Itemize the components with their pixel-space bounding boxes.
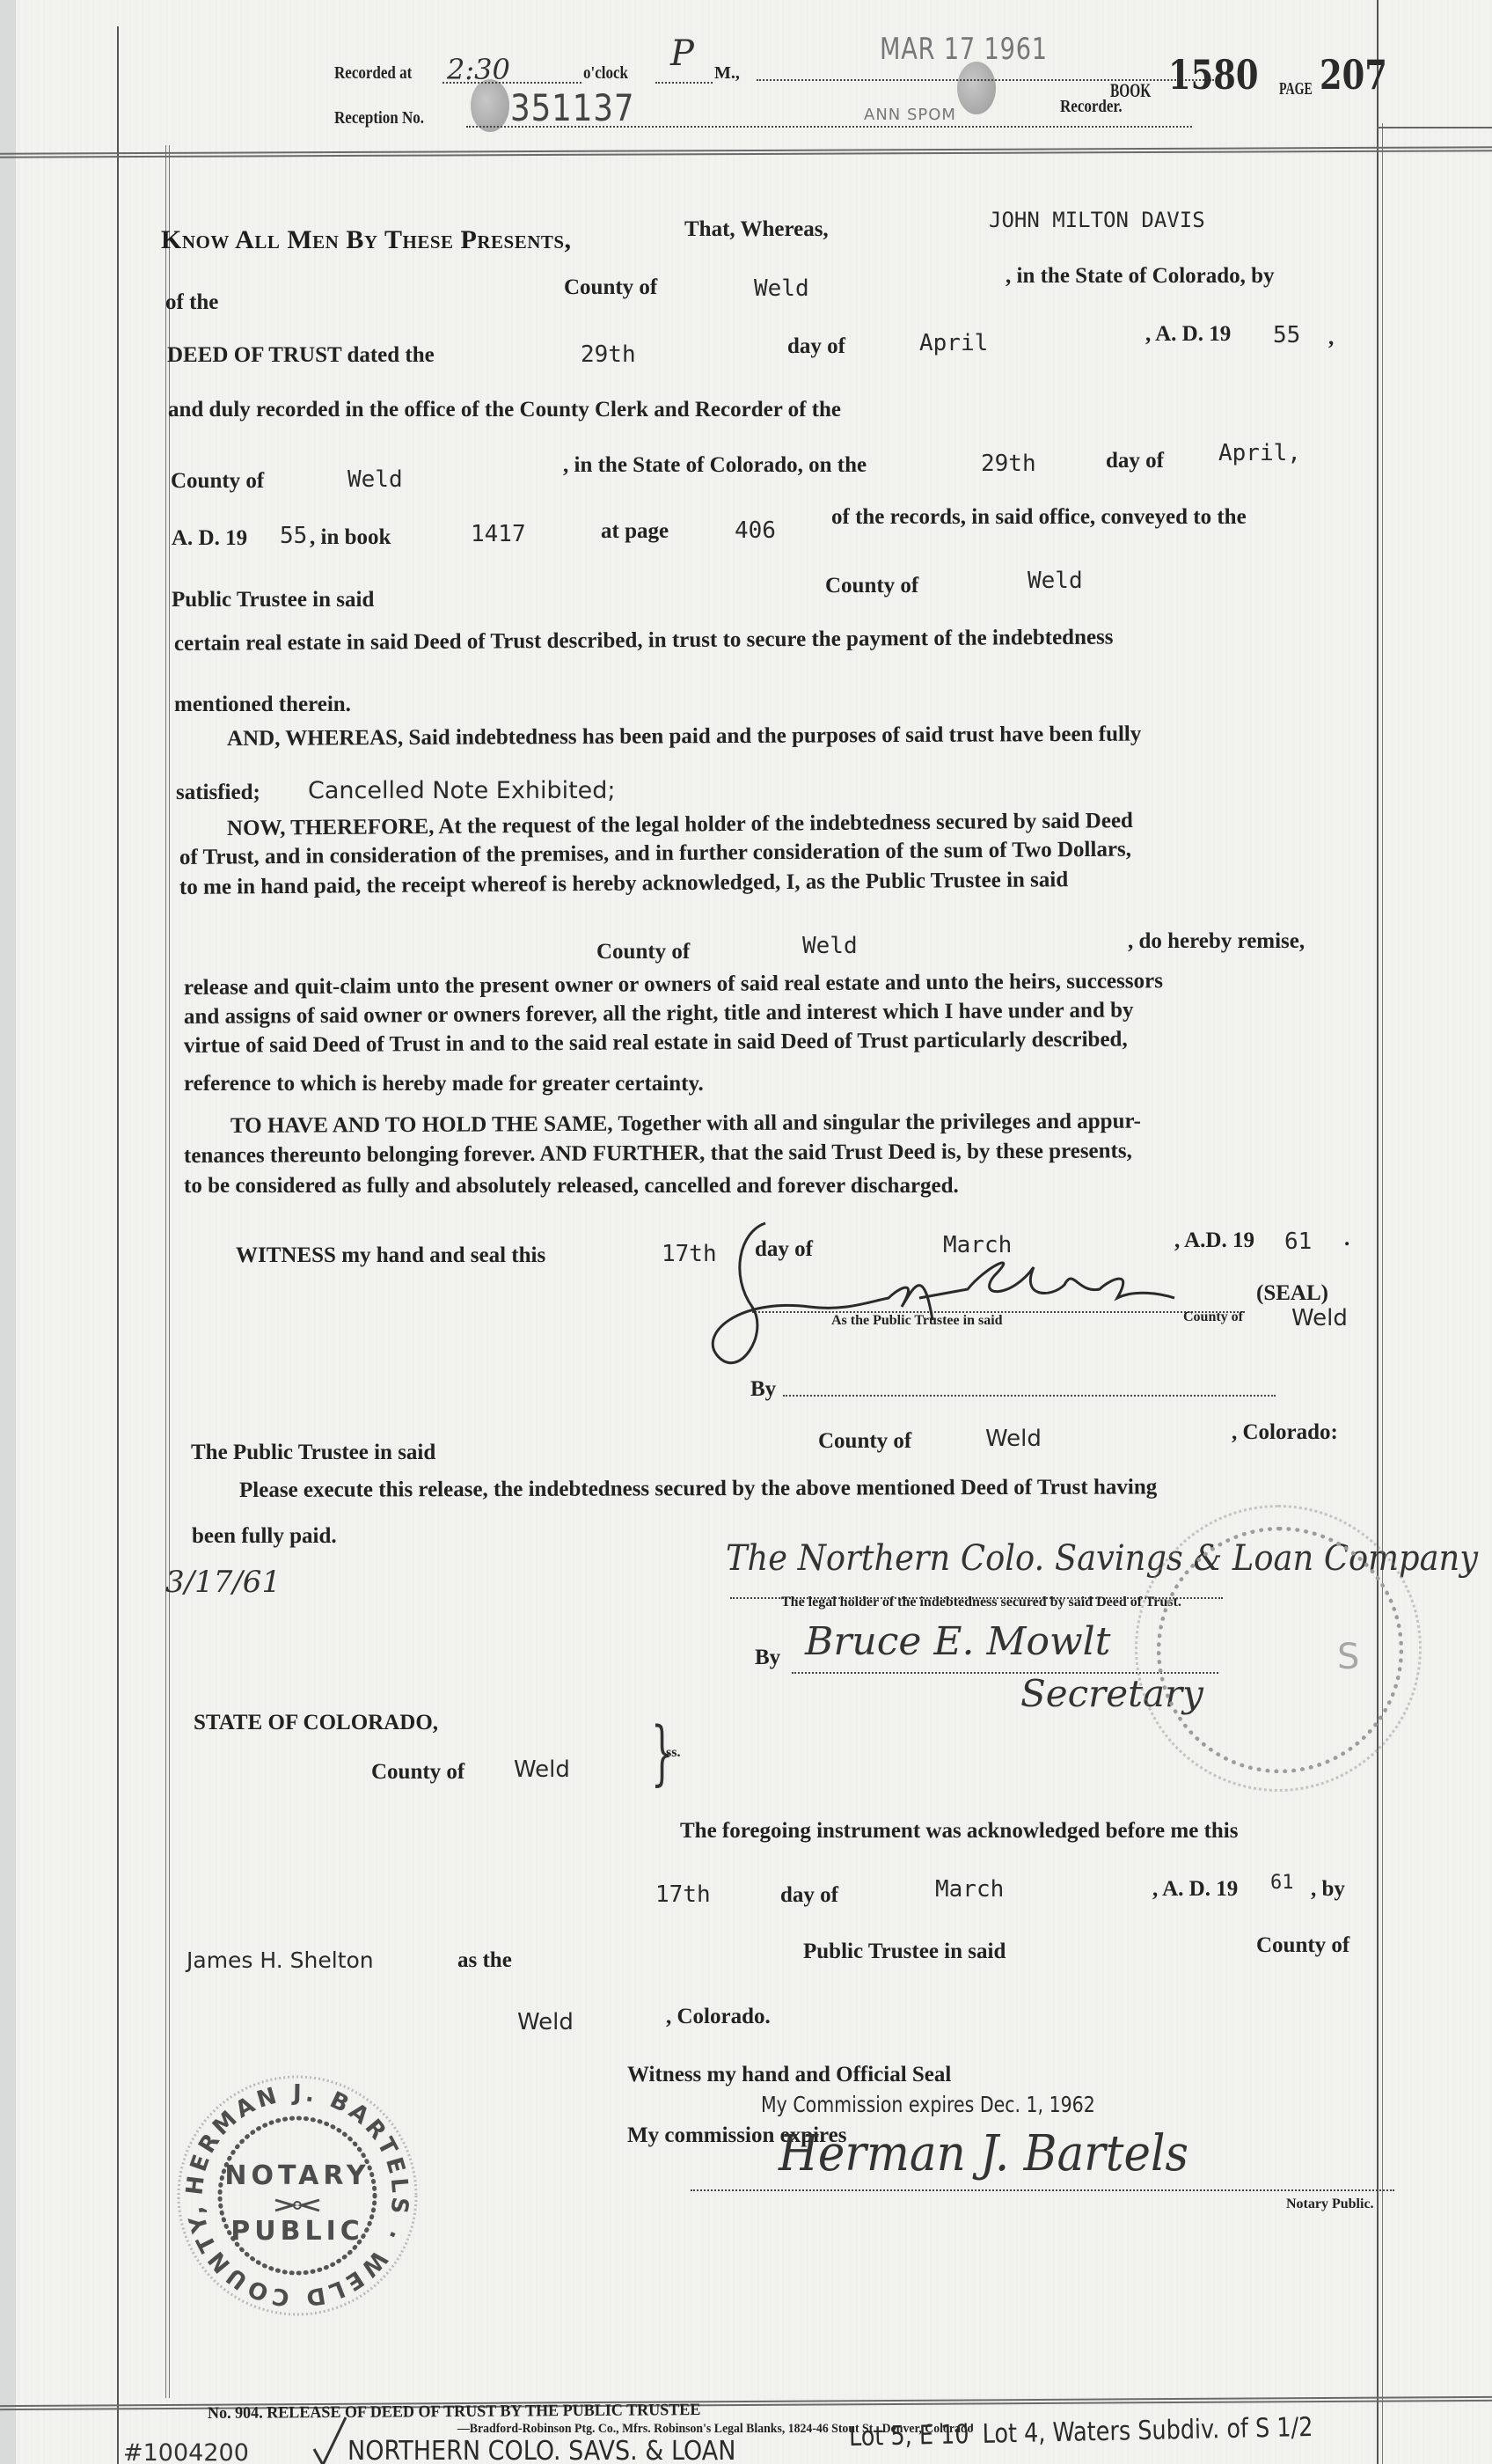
m-label: M., [714, 63, 740, 84]
reception-number: 351137 [510, 86, 634, 129]
seal-label: (SEAL) [1256, 1281, 1328, 1306]
notary-seal-inner-bottom: PUBLIC [230, 2216, 364, 2247]
ack-county-2: Weld [517, 2009, 574, 2035]
meridiem-blank [655, 82, 713, 84]
habendum-line-1: TO HAVE AND TO HOLD THE SAME, Together w… [230, 1110, 1141, 1139]
deed-dated-label: DEED OF TRUST dated the [167, 343, 435, 368]
state-by: , in the State of Colorado, by [1006, 264, 1275, 289]
book-label: BOOK [1110, 79, 1151, 102]
request-county: Weld [985, 1426, 1042, 1452]
witness-by-label: By [750, 1377, 776, 1402]
request-by-label: By [755, 1646, 780, 1670]
ack-county: Weld [514, 1756, 570, 1783]
notary-signature-line [691, 2189, 1394, 2191]
page-ref: 406 [735, 517, 776, 544]
remise: , do hereby remise, [1128, 929, 1305, 954]
index-legal-description: Lot 5, E 10' Lot 4, Waters Subdiv. of S … [849, 2412, 1313, 2453]
mentioned-therein: mentioned therein. [174, 693, 351, 717]
state-label: STATE OF COLORADO, [194, 1711, 438, 1735]
ack-ad-label: , A. D. 19 [1152, 1877, 1238, 1902]
witness-official-seal: Witness my hand and Official Seal [627, 2063, 951, 2087]
as-the-label: as the [457, 1948, 512, 1973]
recorder-name-stamp: ANN SPOM [864, 106, 956, 124]
foregoing-text: The foregoing instrument was acknowledge… [680, 1819, 1238, 1844]
witness-county-of-label: County of [1183, 1309, 1243, 1325]
therefore-line-2: of Trust, and in consideration of the pr… [179, 838, 1131, 870]
that-whereas: That, Whereas, [684, 217, 829, 242]
recorded-time: 2:30 [447, 53, 510, 86]
therefore-line-1: NOW, THEREFORE, At the request of the le… [227, 809, 1133, 841]
notary-seal-inner-top: NOTARY [224, 2160, 369, 2191]
witness-label: WITNESS my hand and seal this [236, 1243, 545, 1268]
witness-year: 61 [1284, 1228, 1312, 1255]
right-border-line-inner [1382, 123, 1383, 2464]
request-colorado: , Colorado: [1232, 1420, 1338, 1445]
ack-day: 17th [655, 1881, 711, 1908]
commission-stamp: My Commission expires Dec. 1, 1962 [761, 2092, 1095, 2117]
book-number: 1580 [1168, 51, 1258, 99]
county-of-label-2: County of [171, 469, 264, 494]
holder-caption: The legal holder of the indebtedness sec… [781, 1595, 1181, 1610]
whereas-text: AND, WHEREAS, Said indebtedness has been… [227, 722, 1141, 752]
officer-signature: Bruce E. Mowlt [805, 1619, 1110, 1664]
witness-county: Weld [1291, 1305, 1348, 1331]
margin-date: 3/17/61 [165, 1565, 281, 1600]
deed-year: 55 [1273, 322, 1300, 348]
page-label: PAGE [1279, 79, 1313, 99]
certain-real-estate: certain real estate in said Deed of Trus… [174, 626, 1114, 656]
recorded-office-text: and duly recorded in the office of the C… [168, 398, 841, 422]
grantor-name: JOHN MILTON DAVIS [989, 208, 1205, 232]
trustee-county: Weld [1028, 568, 1083, 594]
reception-label: Reception No. [334, 108, 424, 128]
request-text-line-2: been fully paid. [192, 1524, 337, 1549]
trailing-comma: , [1328, 326, 1334, 350]
checkmark-icon [312, 2416, 347, 2464]
acknowledger-name: James H. Shelton [186, 1947, 374, 1973]
public-trustee-label: Public Trustee in said [172, 588, 374, 612]
ack-public-trustee-label: Public Trustee in said [803, 1940, 1006, 1964]
deed-day: 29th [581, 341, 636, 368]
day-of-label-2: day of [1106, 449, 1164, 473]
left-border-line-inner [165, 145, 166, 2398]
day-of-label: day of [787, 334, 845, 359]
notary-caption: Notary Public. [1286, 2196, 1374, 2212]
state-on-the: , in the State of Colorado, on the [563, 453, 867, 478]
date-stamp: MAR 17 1961 [880, 32, 1048, 67]
notary-seal-icon: HERMAN J. BARTELS · WELD COUNTY, COLORAD… [170, 2068, 425, 2323]
ss-label: ss. [666, 1745, 680, 1761]
ack-month: March [935, 1876, 1004, 1903]
index-party: NORTHERN COLO. SAVS. & LOAN [347, 2436, 735, 2464]
left-border-line-inner2 [169, 145, 170, 2398]
scan-margin [0, 0, 16, 2464]
book-ref: 1417 [471, 521, 526, 547]
notary-signature: Herman J. Bartels [779, 2125, 1188, 2182]
corporate-seal-inner-ring [1135, 1505, 1422, 1792]
request-text-line-1: Please execute this release, the indebte… [239, 1475, 1157, 1503]
records-conveyed: of the records, in said office, conveyed… [831, 505, 1247, 530]
at-page-label: at page [601, 519, 669, 544]
therefore-line-8: reference to which is hereby made for gr… [184, 1072, 704, 1096]
therefore-line-3: to me in hand paid, the receipt whereof … [179, 868, 1068, 900]
oclock-label: o'clock [583, 63, 628, 84]
satisfied-label: satisfied; [176, 781, 260, 805]
header-rule [0, 146, 1492, 158]
ad-label: , A. D. 19 [1145, 322, 1231, 347]
grantor-county: Weld [754, 275, 809, 302]
therefore-county: Weld [802, 933, 858, 959]
therefore-line-6: and assigns of said owner or owners fore… [184, 998, 1134, 1030]
habendum-line-3: to be considered as fully and absolutely… [184, 1174, 959, 1199]
deed-month: April [919, 330, 988, 356]
punch-hole-left [471, 79, 509, 132]
index-number: #1004200 [123, 2439, 249, 2464]
recorded-day: 29th [981, 451, 1036, 477]
scanned-document-page: Recorded at 2:30 o'clock P M., MAR 17 19… [0, 0, 1492, 2464]
ack-county-of-label: County of [371, 1760, 464, 1785]
ack-day-of-label: day of [780, 1883, 838, 1908]
habendum-line-2: tenances thereunto belonging forever. AN… [184, 1139, 1132, 1169]
therefore-line-7: virtue of said Deed of Trust in and to t… [184, 1028, 1128, 1059]
ack-county-of-label-2: County of [1256, 1933, 1349, 1958]
witness-period: . [1344, 1227, 1349, 1251]
trustee-signature-icon [704, 1214, 1196, 1390]
left-border-line [117, 26, 119, 2464]
recorded-at-label: Recorded at [334, 63, 412, 84]
therefore-line-5: release and quit-claim unto the present … [184, 969, 1163, 1001]
recorded-month: April, [1218, 440, 1301, 466]
therefore-county-of-label: County of [596, 940, 690, 964]
ad-label-2: A. D. 19 [172, 526, 247, 551]
notary-seal: HERMAN J. BARTELS · WELD COUNTY, COLORAD… [170, 2068, 425, 2323]
ack-by-label: , by [1311, 1877, 1345, 1902]
witness-by-line [783, 1395, 1276, 1397]
corporate-seal: S [1157, 1527, 1403, 1773]
in-book-label: , in book [310, 525, 391, 550]
punch-hole-right [957, 62, 996, 114]
recorded-county: Weld [347, 466, 403, 493]
page-number: 207 [1320, 51, 1387, 99]
corporate-seal-text: S [1337, 1637, 1360, 1677]
cancelled-note: Cancelled Note Exhibited; [308, 777, 616, 804]
as-public-trustee-caption: As the Public Trustee in said [831, 1313, 1003, 1329]
county-of-label-3: County of [825, 574, 918, 598]
meridiem: P [670, 33, 694, 74]
request-county-of-label: County of [818, 1429, 911, 1454]
ack-year: 61 [1270, 1872, 1294, 1894]
preamble-heading: Know All Men By These Presents, [161, 225, 572, 255]
request-public-trustee-label: The Public Trustee in said [191, 1441, 435, 1465]
ack-colorado: , Colorado. [666, 2005, 771, 2029]
of-the-label: of the [165, 290, 218, 315]
form-title: No. 904. RELEASE OF DEED OF TRUST BY THE… [208, 2401, 701, 2424]
county-of-label: County of [564, 275, 657, 300]
recorded-year: 55 [280, 523, 307, 549]
right-border-line [1377, 0, 1379, 2464]
top-right-rule [1377, 127, 1492, 128]
